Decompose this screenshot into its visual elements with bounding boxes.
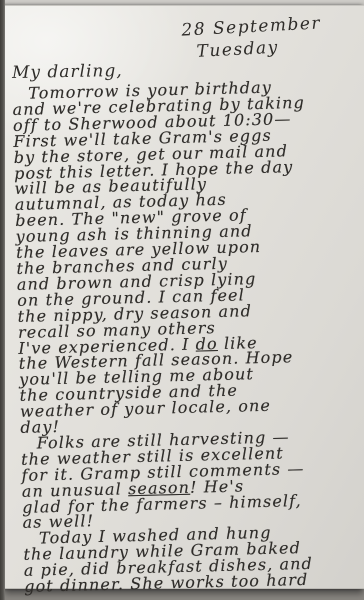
date-block: 28 September Tuesday: [181, 12, 323, 63]
letter-photo: 28 September Tuesday My darling, Tomorro…: [0, 0, 364, 600]
letter-body: Tomorrow is your birthdayand we're celeb…: [12, 77, 364, 594]
page-left-edge-shadow: [0, 0, 5, 600]
letter-paper: 28 September Tuesday My darling, Tomorro…: [4, 5, 364, 589]
salutation: My darling,: [12, 61, 123, 83]
